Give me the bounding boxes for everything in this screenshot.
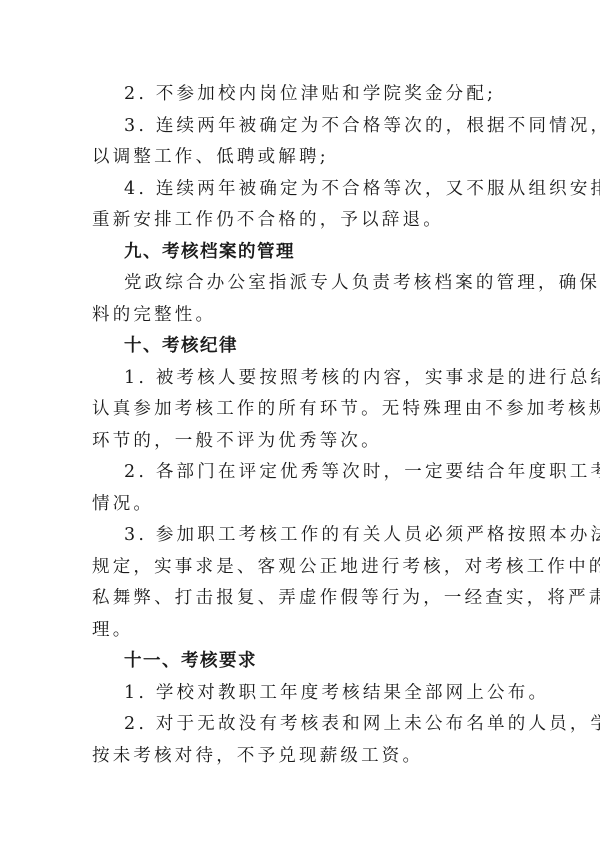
section-9-continuation: 料的完整性。	[92, 300, 510, 332]
section-10-item-3: 3. 参加职工考核工作的有关人员必须严格按照本办法	[92, 520, 510, 552]
item-4-dismissal: 4. 连续两年被确定为不合格等次，又不服从组织安排或	[92, 174, 510, 206]
document-body: 2. 不参加校内岗位津贴和学院奖金分配; 3. 连续两年被确定为不合格等次的，根…	[92, 79, 510, 772]
section-11-item-2: 2. 对于无故没有考核表和网上未公布名单的人员，学校	[92, 709, 510, 741]
section-10-item-1-cont-b: 环节的，一般不评为优秀等次。	[92, 426, 510, 458]
item-3-continuation: 以调整工作、低聘或解聘;	[92, 142, 510, 174]
section-11-heading: 十一、考核要求	[92, 646, 510, 678]
section-10-item-1: 1. 被考核人要按照考核的内容，实事求是的进行总结，	[92, 363, 510, 395]
item-2-no-allowance: 2. 不参加校内岗位津贴和学院奖金分配;	[92, 79, 510, 111]
section-11-item-2-cont: 按未考核对待，不予兑现薪级工资。	[92, 741, 510, 773]
section-10-item-1-cont-a: 认真参加考核工作的所有环节。无特殊理由不参加考核规定	[92, 394, 510, 426]
section-10-heading: 十、考核纪律	[92, 331, 510, 363]
item-3-consecutive-fail: 3. 连续两年被确定为不合格等次的，根据不同情况，可	[92, 111, 510, 143]
document-page: 2. 不参加校内岗位津贴和学院奖金分配; 3. 连续两年被确定为不合格等次的，根…	[0, 0, 600, 848]
section-11-item-1: 1. 学校对教职工年度考核结果全部网上公布。	[92, 678, 510, 710]
item-4-continuation: 重新安排工作仍不合格的，予以辞退。	[92, 205, 510, 237]
section-9-heading: 九、考核档案的管理	[92, 237, 510, 269]
section-10-item-2: 2. 各部门在评定优秀等次时，一定要结合年度职工考勤	[92, 457, 510, 489]
section-10-item-3-cont-c: 理。	[92, 615, 510, 647]
section-10-item-3-cont-a: 规定，实事求是、客观公正地进行考核，对考核工作中的徇	[92, 552, 510, 584]
section-9-paragraph: 党政综合办公室指派专人负责考核档案的管理，确保资	[92, 268, 510, 300]
section-10-item-2-cont: 情况。	[92, 489, 510, 521]
section-10-item-3-cont-b: 私舞弊、打击报复、弄虚作假等行为，一经查实，将严肃处	[92, 583, 510, 615]
